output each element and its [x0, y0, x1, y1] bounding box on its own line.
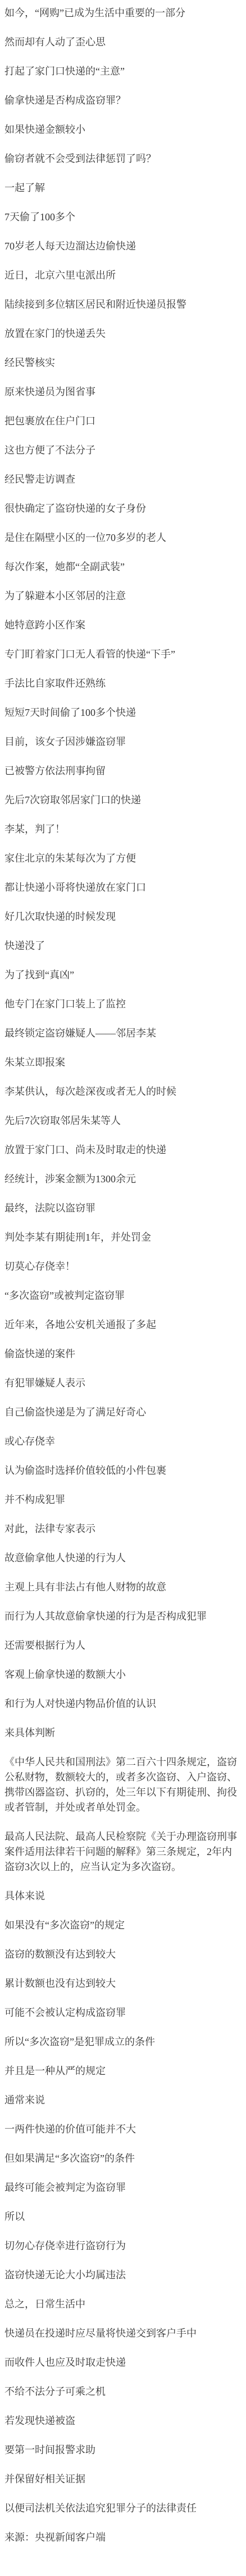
- text-line: 但如果满足“多次盗窃”的条件: [4, 2151, 242, 2166]
- text-line: 偷拿快递是否构成盗窃罪？: [4, 93, 242, 108]
- text-line: 客观上偷拿快递的数额大小: [4, 1667, 242, 1682]
- text-line: 一起了解: [4, 181, 242, 196]
- text-line: 70岁老人每天边溜达边偷快递: [4, 239, 242, 254]
- text-line: 目前，该女子因涉嫌盗窃罪: [4, 734, 242, 750]
- text-line: 最终可能会被判定为盗窃罪: [4, 2180, 242, 2195]
- text-line: 家住北京的朱某每次为了方便: [4, 851, 242, 866]
- text-line: 具体来说: [4, 1889, 242, 1904]
- text-line: 快递没了: [4, 938, 242, 954]
- text-line: 如今，“网购”已成为生活中重要的一部分: [4, 6, 242, 21]
- text-line: 而收件人也应及时取走快递: [4, 2355, 242, 2370]
- text-line: 很快确定了盗窃快递的女子身份: [4, 501, 242, 516]
- text-line: 如果没有“多次盗窃”的规定: [4, 1918, 242, 1933]
- page: { "page": { "background_color": "#ffffff…: [0, 0, 246, 2576]
- text-line: 然而却有人动了歪心思: [4, 35, 242, 50]
- text-line: 为了躲避本小区邻居的注意: [4, 589, 242, 604]
- text-line: 不给不法分子可乘之机: [4, 2384, 242, 2399]
- text-line: 并且是一种从严的规定: [4, 2064, 242, 2079]
- text-line: 是住在隔壁小区的一位70多岁的老人: [4, 530, 242, 545]
- text-line: 李某供认，每次趁深夜或者无人的时候: [4, 1084, 242, 1099]
- text-line: 所以“多次盗窃”是犯罪成立的条件: [4, 2034, 242, 2050]
- text-line: 自己偷盗快递是为了满足好奇心: [4, 1405, 242, 1420]
- text-line: “多次盗窃”或被判定盗窃罪: [4, 1288, 242, 1303]
- text-line: 故意偷拿他人快递的行为人: [4, 1551, 242, 1566]
- text-line: 为了找到“真凶”: [4, 968, 242, 983]
- text-line: 李某，判了！: [4, 822, 242, 837]
- text-line: 这也方便了不法分子: [4, 443, 242, 458]
- text-line: 或心存侥幸: [4, 1434, 242, 1449]
- text-line: 偷盗快递的案件: [4, 1347, 242, 1362]
- text-line: 要第一时间报警求助: [4, 2443, 242, 2458]
- text-paragraph: 最高人民法院、最高人民检察院《关于办理盗窃刑事案件适用法律若干问题的解释》第三条…: [4, 1829, 242, 1875]
- text-line: 短短7天时间偷了100多个快递: [4, 705, 242, 720]
- text-line: 都让快递小哥将快递放在家门口: [4, 880, 242, 895]
- text-line: 手法比自家取件还熟练: [4, 676, 242, 691]
- text-line: 主观上具有非法占有他人财物的故意: [4, 1580, 242, 1595]
- text-line: 最终锁定盗窃嫌疑人——邻居李某: [4, 1026, 242, 1041]
- text-line: 最终，法院以盗窃罪: [4, 1201, 242, 1216]
- text-line: 所以: [4, 2209, 242, 2224]
- text-line: 把包裹放在住户门口: [4, 414, 242, 429]
- text-line: 以便司法机关依法追究犯罪分子的法律责任: [4, 2501, 242, 2516]
- text-line: 经民警走访调查: [4, 472, 242, 487]
- text-line: 专门盯着家门口无人看管的快递“下手”: [4, 647, 242, 662]
- text-line: 来具体判断: [4, 1726, 242, 1741]
- text-line: 总之，日常生活中: [4, 2297, 242, 2312]
- text-line: 近年来，各地公安机关通报了多起: [4, 1317, 242, 1333]
- text-line: 一两件快递的价值可能并不大: [4, 2122, 242, 2137]
- text-line: 通常来说: [4, 2093, 242, 2108]
- text-line: 切勿心存侥幸进行盗窃行为: [4, 2239, 242, 2254]
- text-paragraph: 《中华人民共和国刑法》第二百六十四条规定，盗窃公私财物，数额较大的，或者多次盗窃…: [4, 1755, 242, 1815]
- text-line: 累计数额也没有达到较大: [4, 1976, 242, 1991]
- text-line: 偷窃者就不会受到法律惩罚了吗？: [4, 151, 242, 167]
- text-line: 先后7次窃取邻居家门口的快递: [4, 793, 242, 808]
- text-line: 对此，法律专家表示: [4, 1521, 242, 1537]
- text-line: 原来快递员为图省事: [4, 385, 242, 400]
- text-line: 认为偷盗时选择价值较低的小件包裹: [4, 1463, 242, 1478]
- text-line: 先后7次窃取邻居朱某等人: [4, 1113, 242, 1129]
- text-line: 她特意跨小区作案: [4, 618, 242, 633]
- text-line: 7天偷了100多个: [4, 210, 242, 225]
- text-line: 打起了家门口快递的“主意”: [4, 64, 242, 79]
- text-line: 陆续接到多位辖区居民和附近快递员报警: [4, 297, 242, 312]
- text-line: 来源：央视新闻客户端: [4, 2530, 242, 2545]
- text-line: 如果快递金额较小: [4, 122, 242, 137]
- text-line: 若发现快递被盗: [4, 2413, 242, 2429]
- text-line: 经统计，涉案金额为1300余元: [4, 1172, 242, 1187]
- article-body: 如今，“网购”已成为生活中重要的一部分然而却有人动了歪心思打起了家门口快递的“主…: [0, 0, 246, 2576]
- text-line: 盗窃快递无论大小均属违法: [4, 2268, 242, 2283]
- text-line: 盗窃的数额没有达到较大: [4, 1947, 242, 1962]
- text-line: 好几次取快递的时候发现: [4, 909, 242, 924]
- text-line: 已被警方依法刑事拘留: [4, 764, 242, 779]
- text-line: 并不构成犯罪: [4, 1492, 242, 1507]
- text-line: 可能不会被认定构成盗窃罪: [4, 2005, 242, 2020]
- text-line: 而行为人其故意偷拿快递的行为是否构成犯罪: [4, 1609, 242, 1624]
- text-line: 朱某立即报案: [4, 1055, 242, 1070]
- text-line: 切莫心存侥幸！: [4, 1259, 242, 1274]
- text-line: 还需要根据行为人: [4, 1638, 242, 1653]
- text-line: 判处李某有期徒刑1年，并处罚金: [4, 1230, 242, 1245]
- text-line: 每次作案，她都“全副武装”: [4, 559, 242, 575]
- text-line: 经民警核实: [4, 355, 242, 371]
- text-line: 并保留好相关证据: [4, 2472, 242, 2487]
- text-line: 放置于家门口、尚未及时取走的快递: [4, 1143, 242, 1158]
- text-line: 快递员在投递时应尽量将快递交到客户手中: [4, 2326, 242, 2341]
- text-line: 近日，北京六里屯派出所: [4, 268, 242, 283]
- text-line: 放置在家门的快递丢失: [4, 326, 242, 341]
- text-line: 他专门在家门口装上了监控: [4, 997, 242, 1012]
- text-line: 有犯罪嫌疑人表示: [4, 1376, 242, 1391]
- text-line: 和行为人对快递内物品价值的认识: [4, 1696, 242, 1712]
